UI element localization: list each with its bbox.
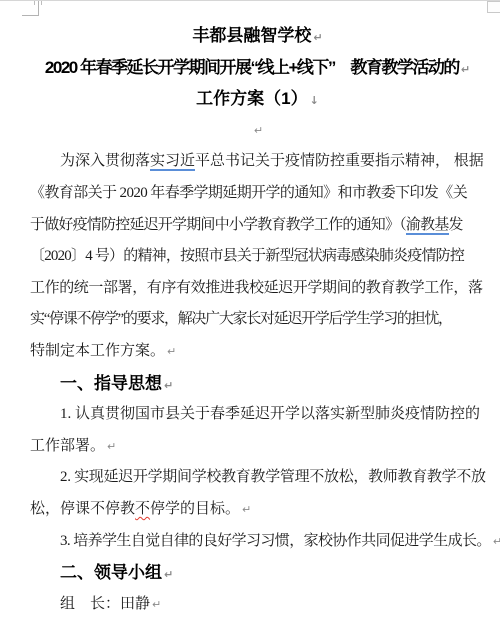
grammar-underlined-text: 实习近 xyxy=(150,153,195,171)
intro-line-5: 工作的统一部署，有序有效推进我校延迟开学期间的教育教学工作，落 xyxy=(30,273,485,305)
intro-text: 实“停课不停学”的要求，解决广大家长对延迟开学后学生学习的担忧， xyxy=(30,311,452,327)
body-text: 组 长：田静 xyxy=(60,596,150,612)
section1-item1-line2: 工作部署。↵ xyxy=(30,431,485,463)
intro-text: 《教育部关于 2020 年春季学期延期开学的通知》和市教委下印发《关 xyxy=(30,185,467,201)
paragraph-mark-icon: ↵ xyxy=(152,598,161,611)
paragraph-mark-icon: ↵ xyxy=(493,535,500,548)
section1-heading: 一、指导思想↵ xyxy=(30,368,485,400)
document-page: 丰都县融智学校↵ 2020 年春季延长开学期间开展“线上+线下” 教育教学活动的… xyxy=(0,0,500,619)
paragraph-mark-icon: ↵ xyxy=(313,31,322,44)
section2-heading: 二、领导小组↵ xyxy=(30,557,485,589)
body-text: 2. 实现延迟开学期间学校教育教学管理不放松，教师教育教学不放 xyxy=(60,469,486,485)
paragraph-mark-icon: ↵ xyxy=(164,568,173,581)
heading-text: 一、指导思想 xyxy=(60,374,162,393)
title-line-1: 丰都县融智学校↵ xyxy=(30,20,485,52)
body-text: 1. 认真贯彻国市县关于春季延迟开学以落实新型肺炎疫情防控的 xyxy=(60,406,480,422)
title-line-3: 工作方案（1）↓ xyxy=(30,83,485,115)
spellcheck-underlined-text: 不 xyxy=(135,501,150,517)
intro-line-7: 特制定本工作方案。↵ xyxy=(30,336,485,368)
body-text: 松，停课不停教 xyxy=(30,501,135,517)
line-break-mark-icon: ↓ xyxy=(310,94,319,107)
paragraph-mark-icon: ↵ xyxy=(254,124,263,137)
paragraph-mark-icon: ↵ xyxy=(242,503,251,516)
section1-item2-line1: 2. 实现延迟开学期间学校教育教学管理不放松，教师教育教学不放 xyxy=(30,462,485,494)
intro-text: 工作的统一部署，有序有效推进我校延迟开学期间的教育教学工作，落 xyxy=(30,280,483,296)
paragraph-mark-icon: ↵ xyxy=(107,440,116,453)
empty-paragraph-line: ↵ xyxy=(30,115,485,147)
intro-text: 平总书记关于疫情防控重要指示精神， 根据 xyxy=(195,153,484,169)
intro-text: 特制定本工作方案。 xyxy=(30,343,165,359)
section2-leader-line: 组 长：田静↵ xyxy=(30,589,485,619)
intro-line-4: 〔2020〕4 号）的精神，按照市县关于新型冠状病毒感染肺炎疫情防控 xyxy=(30,241,485,273)
section1-item1-line1: 1. 认真贯彻国市县关于春季延迟开学以落实新型肺炎疫情防控的 xyxy=(30,399,485,431)
title-text-2: 2020 年春季延长开学期间开展“线上+线下” 教育教学活动的 xyxy=(45,58,459,77)
intro-text: 发 xyxy=(449,217,463,233)
intro-text: 于做好疫情防控延迟开学期间中小学教育教学工作的通知》（ xyxy=(30,217,406,233)
section1-item2-line2: 松，停课不停教不停学的目标。↵ xyxy=(30,494,485,526)
grammar-underlined-text: 渝教基 xyxy=(406,217,449,235)
paragraph-mark-icon: ↵ xyxy=(461,63,470,76)
title-line-2: 2020 年春季延长开学期间开展“线上+线下” 教育教学活动的↵ xyxy=(30,52,485,84)
intro-line-1: 为深入贯彻落实习近平总书记关于疫情防控重要指示精神， 根据 xyxy=(30,146,485,178)
paragraph-mark-icon: ↵ xyxy=(167,345,176,358)
title-text-1: 丰都县融智学校 xyxy=(192,26,311,45)
body-text: 3. 培养学生自觉自律的良好学习习惯，家校协作共同促进学生成长。 xyxy=(60,533,491,549)
paragraph-mark-icon: ↵ xyxy=(164,379,173,392)
intro-line-6: 实“停课不停学”的要求，解决广大家长对延迟开学后学生学习的担忧， xyxy=(30,304,485,336)
body-text: 停学的目标。 xyxy=(150,501,240,517)
intro-line-3: 于做好疫情防控延迟开学期间中小学教育教学工作的通知》（渝教基发 xyxy=(30,210,485,242)
intro-text: 〔2020〕4 号）的精神，按照市县关于新型冠状病毒感染肺炎疫情防控 xyxy=(30,248,464,264)
title-text-3: 工作方案（1） xyxy=(196,89,307,108)
intro-line-2: 《教育部关于 2020 年春季学期延期开学的通知》和市教委下印发《关 xyxy=(30,178,485,210)
heading-text: 二、领导小组 xyxy=(60,563,162,582)
body-text: 工作部署。 xyxy=(30,438,105,454)
section1-item3-line: 3. 培养学生自觉自律的良好学习习惯，家校协作共同促进学生成长。↵ xyxy=(30,526,485,558)
intro-text: 为深入贯彻落 xyxy=(60,153,150,169)
document-text-area[interactable]: 丰都县融智学校↵ 2020 年春季延长开学期间开展“线上+线下” 教育教学活动的… xyxy=(0,0,500,619)
